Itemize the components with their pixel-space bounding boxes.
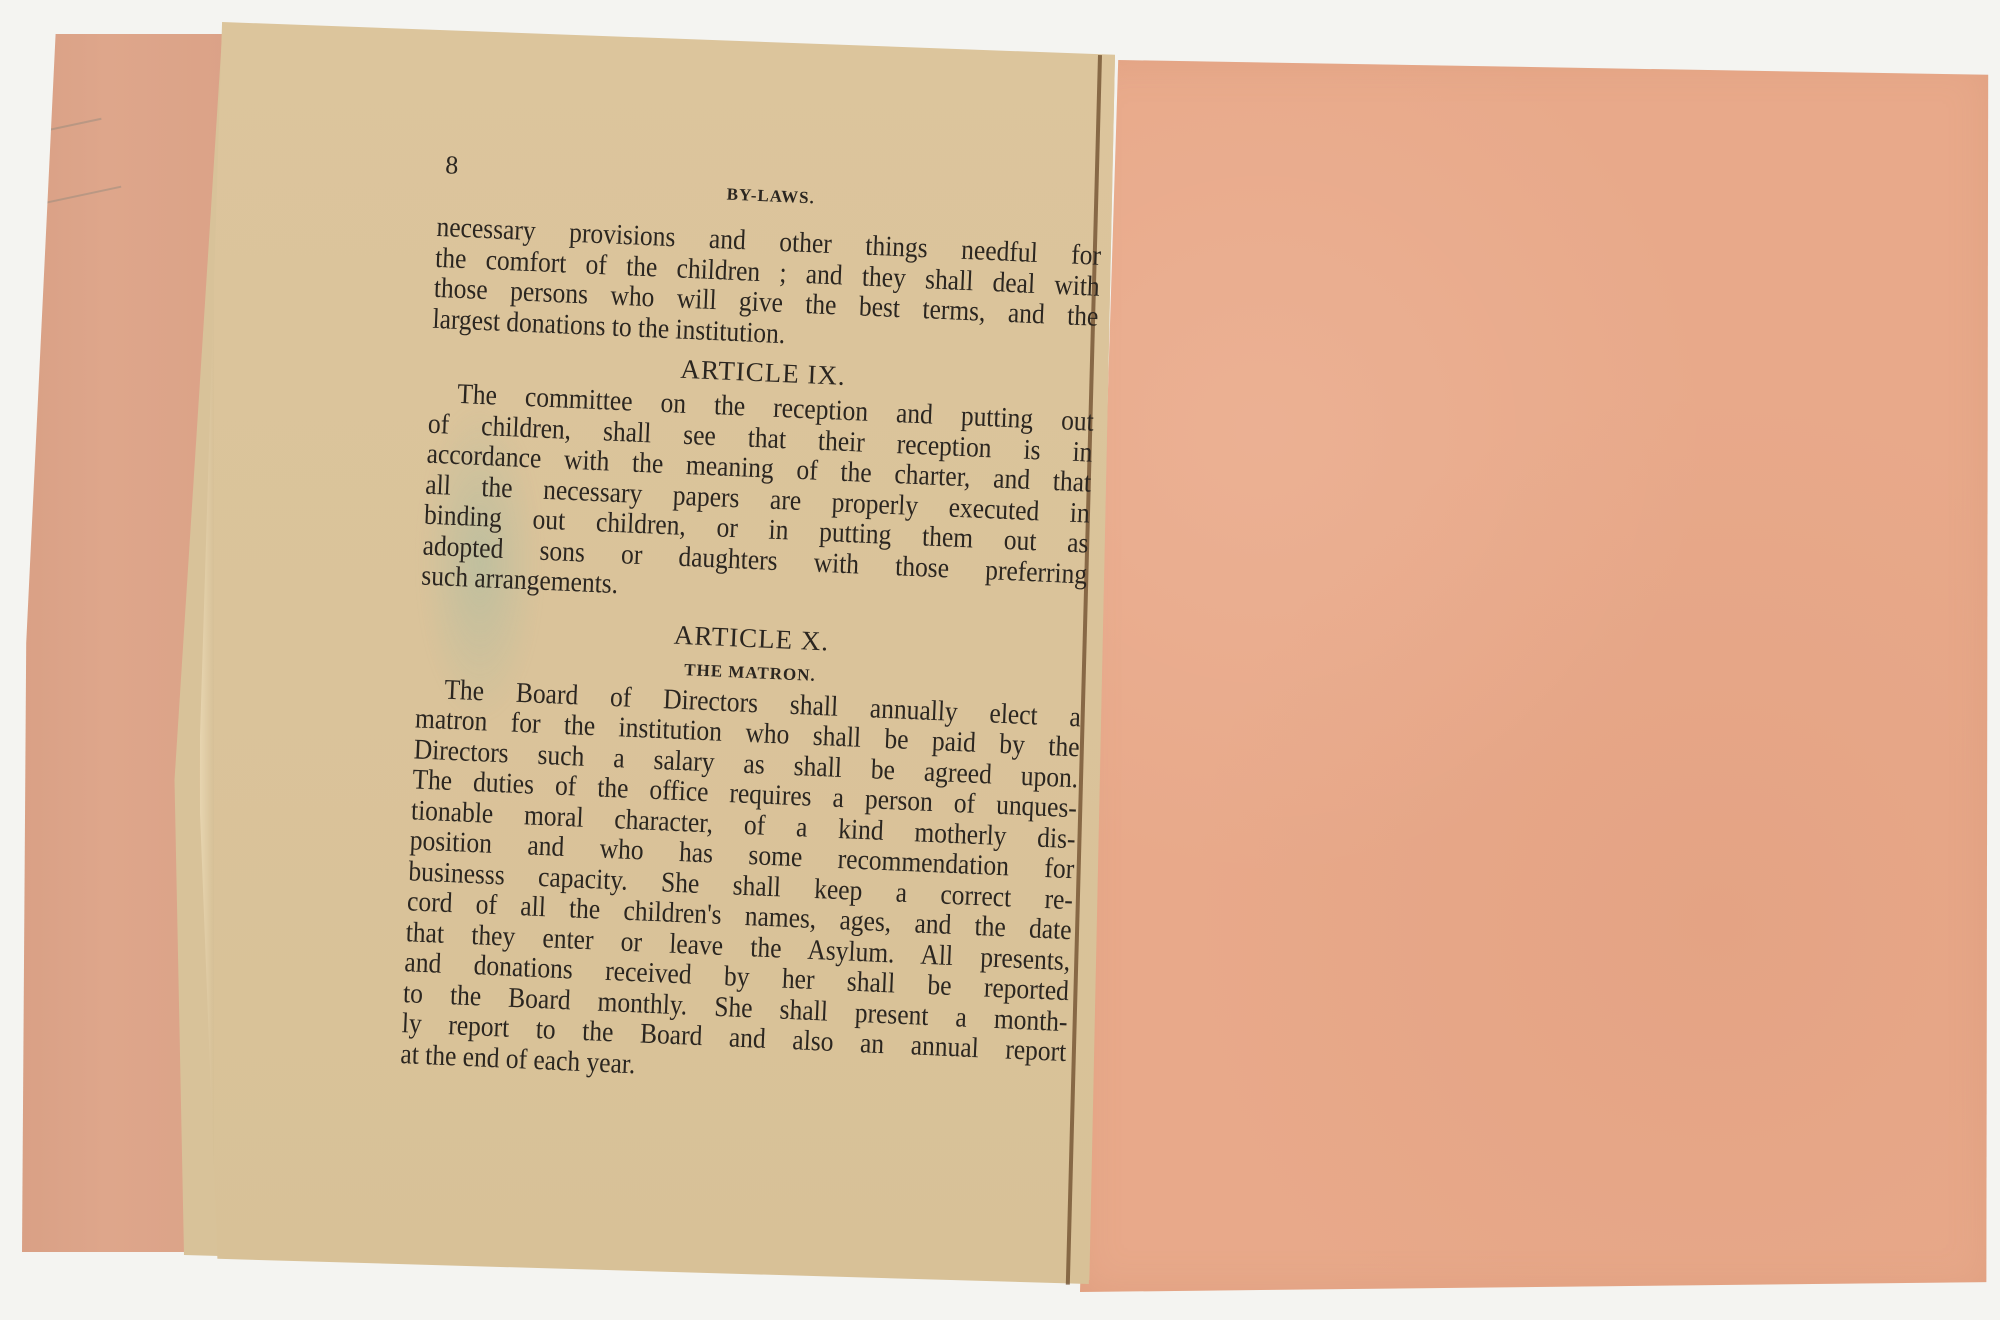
cover-crease bbox=[43, 186, 122, 205]
page-body: necessary provisions and other things ne… bbox=[400, 212, 1102, 1098]
scanned-booklet-spread: 8 BY-LAWS. necessary provisions and othe… bbox=[0, 0, 2000, 1320]
cover-crease bbox=[42, 118, 101, 132]
right-cover-page bbox=[1080, 60, 1990, 1292]
